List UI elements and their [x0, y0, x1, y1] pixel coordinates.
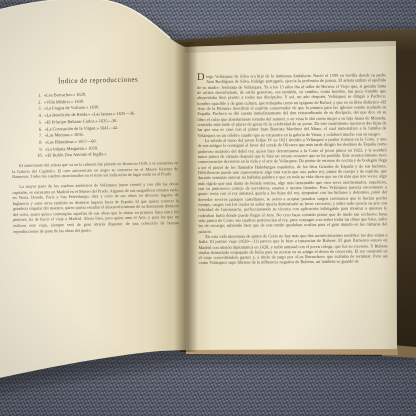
index-item-number: 10.	[30, 153, 46, 160]
paragraph-text: iego Velázquez de Silva era hijo de la l…	[197, 72, 386, 137]
drop-cap: D	[197, 74, 206, 83]
right-page-text: Diego Velázquez de Silva era hijo de la …	[197, 72, 388, 265]
index-notes: El autorretrato del artista que va en la…	[12, 160, 179, 234]
body-paragraph: La subida al trono del joven Felipe IV e…	[198, 136, 388, 234]
body-paragraph: En esta vida monótona de pintor de Corte…	[198, 232, 387, 266]
body-paragraph: Diego Velázquez de Silva era hijo de la …	[197, 72, 387, 138]
note-paragraph: La mayor parte de los cuadros auténticos…	[12, 181, 179, 234]
photo-open-book: Índice de reproducciones 1. «Los Borrach…	[0, 0, 416, 416]
left-page-text: Índice de reproducciones 1. «Los Borrach…	[28, 75, 170, 160]
note-paragraph: El autorretrato del artista que va en la…	[12, 160, 178, 180]
index-list: 1. «Los Borrachos.» 1628. 2. «Villa Médi…	[28, 90, 169, 160]
